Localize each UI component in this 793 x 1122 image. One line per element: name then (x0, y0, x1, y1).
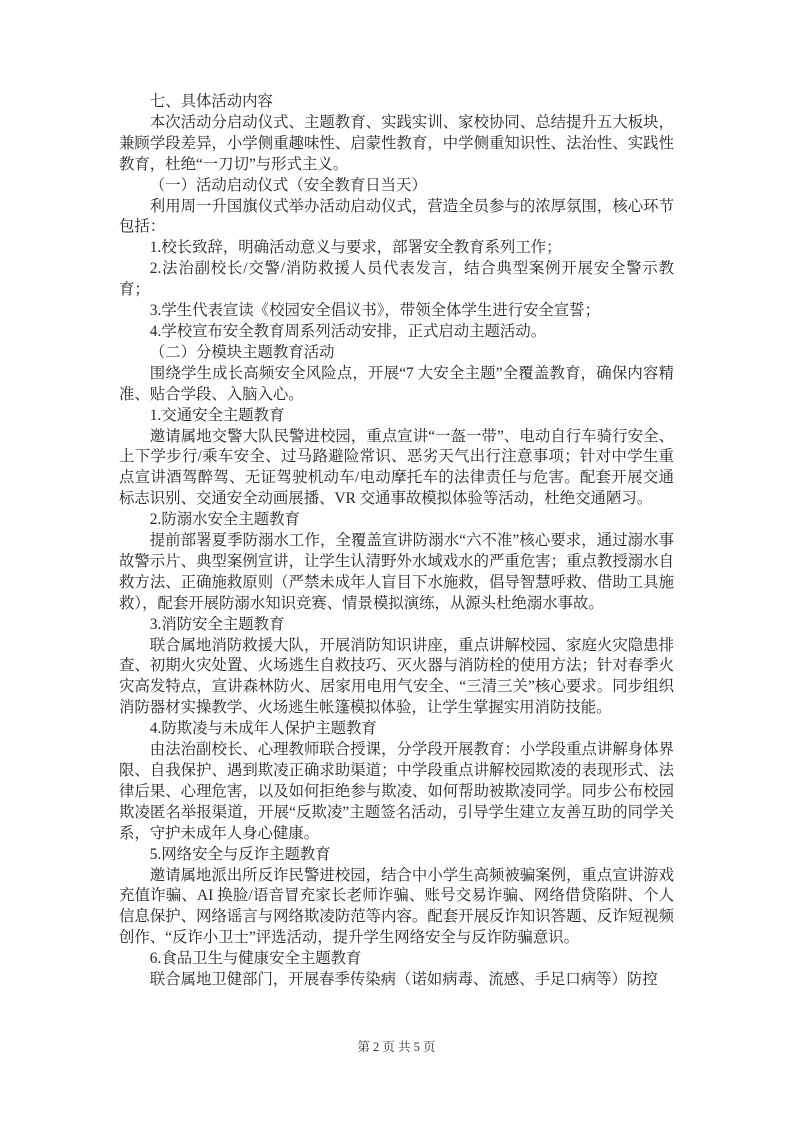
paragraph-1-heading: 七、具体活动内容 (119, 92, 674, 113)
paragraph-5-numbered-item: 1.校长致辞，明确活动意义与要求，部署安全教育系列工作； (119, 238, 674, 259)
paragraph-20-body: 邀请属地派出所反诈民警进校园，结合中小学生高频被骗案例，重点宣讲游戏充值诈骗、A… (119, 866, 674, 950)
paragraph-22-body: 联合属地卫健部门，开展春季传染病（诺如病毒、流感、手足口病等）防控 (119, 970, 674, 991)
page-number-text: 第 2 页 共 5 页 (357, 1040, 435, 1054)
paragraph-12-body: 邀请属地交警大队民警进校园，重点宣讲“一盔一带”、电动自行车骑行安全、上下学步行… (119, 427, 674, 511)
paragraph-21-numbered-title: 6.食品卫生与健康安全主题教育 (119, 949, 674, 970)
paragraph-6-numbered-item: 2.法治副校长/交警/消防救援人员代表发言，结合典型案例开展安全警示教育； (119, 259, 674, 301)
document-page: 七、具体活动内容本次活动分启动仪式、主题教育、实践实训、家校协同、总结提升五大板… (0, 0, 793, 1122)
paragraph-17-numbered-title: 4.防欺凌与未成年人保护主题教育 (119, 719, 674, 740)
paragraph-14-body: 提前部署夏季防溺水工作，全覆盖宣讲防溺水“六不准”核心要求，通过溺水事故警示片、… (119, 531, 674, 615)
paragraph-15-numbered-title: 3.消防安全主题教育 (119, 615, 674, 636)
paragraph-3-section-heading: （一）活动启动仪式（安全教育日当天） (119, 176, 674, 197)
document-body: 七、具体活动内容本次活动分启动仪式、主题教育、实践实训、家校协同、总结提升五大板… (119, 92, 674, 991)
paragraph-4-body: 利用周一升国旗仪式举办活动启动仪式，营造全员参与的浓厚氛围，核心环节包括： (119, 197, 674, 239)
paragraph-19-numbered-title: 5.网络安全与反诈主题教育 (119, 845, 674, 866)
paragraph-8-numbered-item: 4.学校宣布安全教育周系列活动安排，正式启动主题活动。 (119, 322, 674, 343)
paragraph-13-numbered-title: 2.防溺水安全主题教育 (119, 510, 674, 531)
paragraph-2-body: 本次活动分启动仪式、主题教育、实践实训、家校协同、总结提升五大板块，兼顾学段差异… (119, 113, 674, 176)
paragraph-16-body: 联合属地消防救援大队，开展消防知识讲座，重点讲解校园、家庭火灾隐患排查、初期火灾… (119, 636, 674, 720)
paragraph-10-body: 围绕学生成长高频安全风险点，开展“7 大安全主题”全覆盖教育，确保内容精准、贴合… (119, 364, 674, 406)
paragraph-7-numbered-item: 3.学生代表宣读《校园安全倡议书》，带领全体学生进行安全宣誓； (119, 301, 674, 322)
paragraph-11-numbered-title: 1.交通安全主题教育 (119, 406, 674, 427)
page-footer: 第 2 页 共 5 页 (0, 1039, 793, 1056)
paragraph-18-body: 由法治副校长、心理教师联合授课，分学段开展教育：小学段重点讲解身体界限、自我保护… (119, 740, 674, 845)
paragraph-9-section-heading: （二）分模块主题教育活动 (119, 343, 674, 364)
